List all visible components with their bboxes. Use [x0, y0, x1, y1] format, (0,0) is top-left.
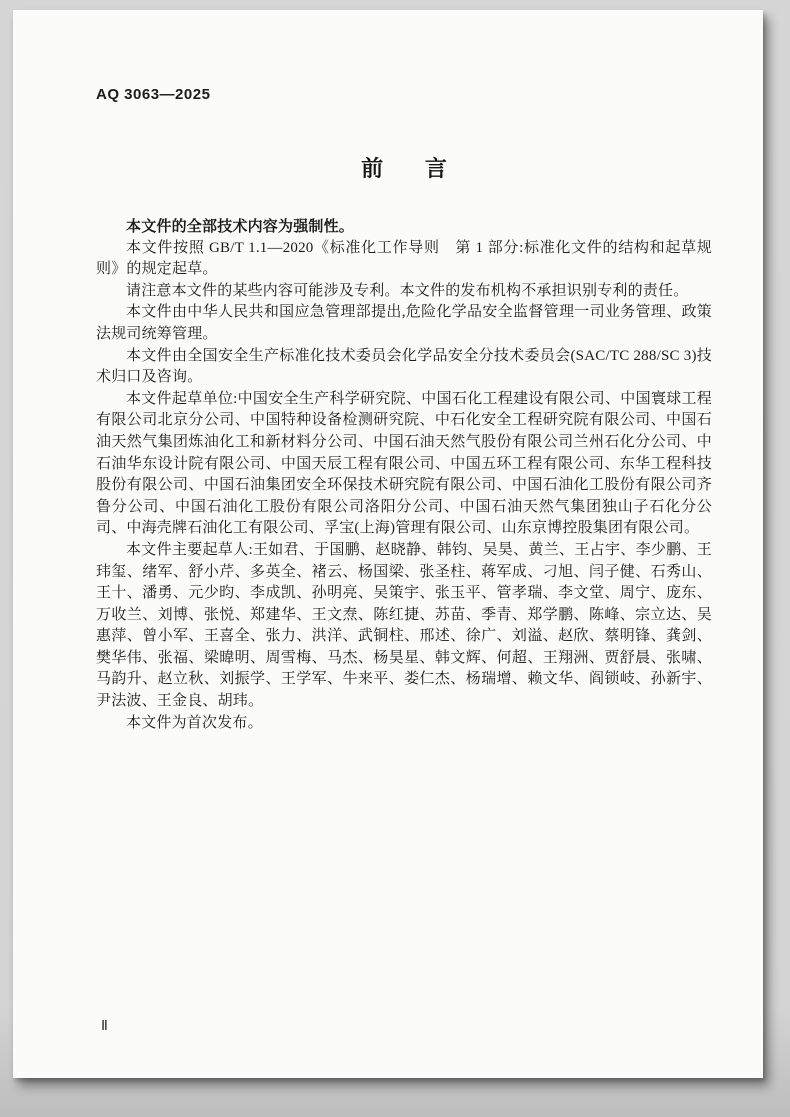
paragraph-drafting-organizations: 本文件起草单位:中国安全生产科学研究院、中国石化工程建设有限公司、中国寰球工程有… — [96, 389, 712, 540]
standard-number: AQ 3063—2025 — [96, 86, 210, 103]
paragraph-technical-committee: 本文件由全国安全生产标准化技术委员会化学品安全分技术委员会(SAC/TC 288… — [96, 346, 712, 389]
paragraph-patent-notice: 请注意本文件的某些内容可能涉及专利。本文件的发布机构不承担识别专利的责任。 — [96, 281, 712, 303]
paragraph-first-publication: 本文件为首次发布。 — [96, 713, 712, 735]
paragraph-drafting-rules: 本文件按照 GB/T 1.1—2020《标准化工作导则 第 1 部分:标准化文件… — [96, 238, 712, 281]
paragraph-drafters: 本文件主要起草人:王如君、于国鹏、赵晓静、韩钧、吴昊、黄兰、王占宇、李少鹏、王玮… — [96, 540, 712, 713]
foreword-title: 前言 — [96, 152, 712, 183]
paragraph-mandatory-notice: 本文件的全部技术内容为强制性。 — [96, 216, 712, 238]
scanned-document-background: { "document": { "header": { "doc_number"… — [0, 0, 790, 1117]
document-page: AQ 3063—2025 前言 本文件的全部技术内容为强制性。 本文件按照 GB… — [13, 10, 763, 1078]
paragraph-proposing-body: 本文件由中华人民共和国应急管理部提出,危险化学品安全监督管理一司业务管理、政策法… — [96, 302, 712, 345]
page-number: Ⅱ — [101, 1018, 108, 1035]
foreword-body: 本文件的全部技术内容为强制性。 本文件按照 GB/T 1.1—2020《标准化工… — [96, 216, 712, 734]
